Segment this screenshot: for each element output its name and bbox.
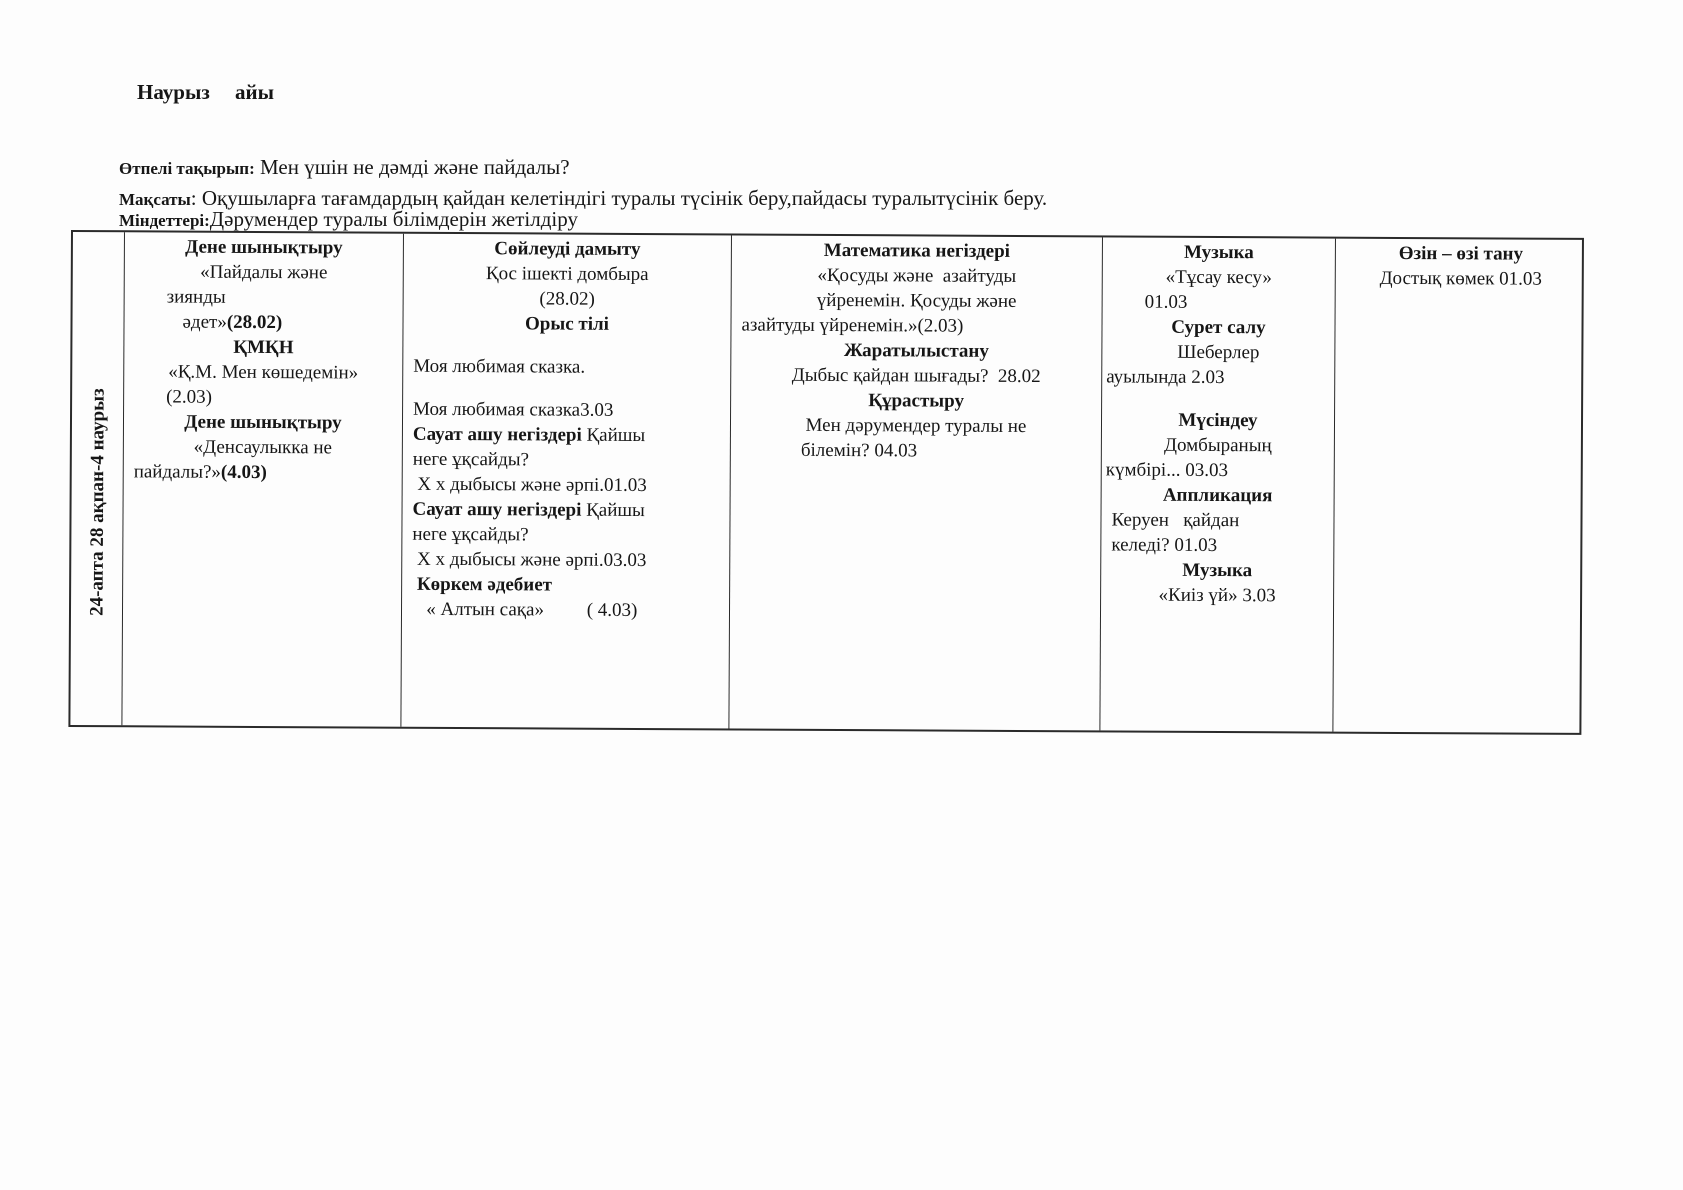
lesson-text: Х х дыбысы және әрпі.03.03 xyxy=(402,547,729,574)
line-text: ауылында 2.03 xyxy=(1106,366,1224,388)
line-text: пайдалы?» xyxy=(134,461,221,482)
line-text: Орыс тілі xyxy=(525,313,609,334)
lesson-text: пайдалы?»(4.03) xyxy=(124,459,402,485)
line-text: Х х дыбысы және әрпі.01.03 xyxy=(413,474,647,496)
line-text: Математика негіздері xyxy=(824,240,1010,262)
line-text: үйренемін. Қосуды және xyxy=(817,290,1017,312)
line-text: Достық көмек 01.03 xyxy=(1380,268,1542,290)
topic-label: Өтпелі тақырып: xyxy=(119,159,255,178)
subject-heading: Музыка xyxy=(1101,557,1333,583)
line-text: күмбірі... 03.03 xyxy=(1106,459,1228,481)
line-suffix: Қайшы xyxy=(581,500,645,521)
line-text: Моя любимая сказка3.03 xyxy=(413,399,613,421)
tasks-label: Міндеттері: xyxy=(119,211,210,230)
weekly-plan-table: 24-апта 28 ақпан-4 наурыз Дене шынықтыру… xyxy=(68,230,1584,735)
line-text: білемін? 04.03 xyxy=(801,440,917,462)
line-text: Өзін – өзі тану xyxy=(1399,243,1523,265)
subject-heading: Дене шынықтыру xyxy=(125,234,403,260)
lesson-text: «Денсаулыкка не xyxy=(124,434,402,460)
line-text: «Киіз үй» 3.03 xyxy=(1159,585,1276,607)
line-text: келеді? 01.03 xyxy=(1111,534,1217,556)
lesson-text: « Алтын сақа» ( 4.03) xyxy=(402,597,729,624)
subject-heading: Сөйлеуді дамыту xyxy=(404,236,731,263)
lesson-text: Х х дыбысы және әрпі.01.03 xyxy=(403,472,730,499)
line-text: (28.02) xyxy=(539,288,595,309)
line-text: «Тұсау кесу» xyxy=(1166,267,1272,289)
lesson-text: үйренемін. Қосуды және xyxy=(732,287,1102,314)
lesson-text: Қос ішекті домбыра xyxy=(404,261,731,288)
subject-heading: Сурет салу xyxy=(1102,314,1334,340)
line-text: Дене шынықтыру xyxy=(184,412,342,434)
line-text: әдет» xyxy=(182,312,226,333)
line-text: «Денсаулыкка не xyxy=(194,437,332,459)
line-text: Сауат ашу негіздері xyxy=(412,499,581,521)
subject-heading: Сауат ашу негіздері Қайшы xyxy=(402,497,729,524)
week-label: 24-апта 28 ақпан-4 наурыз xyxy=(84,388,110,616)
lesson-text: неге ұқсайды? xyxy=(403,447,730,474)
line-text: «Пайдалы және xyxy=(200,262,327,284)
line-text: « Алтын сақа» ( 4.03) xyxy=(412,599,637,621)
subject-heading: Сауат ашу негіздері Қайшы xyxy=(403,422,730,449)
line-text: Домбыраның xyxy=(1164,435,1272,457)
line-text: (2.03) xyxy=(166,387,212,408)
lesson-text: азайтуды үйренемін.»(2.03) xyxy=(731,312,1101,339)
lesson-text: (28.02) xyxy=(404,286,731,313)
month-title: Наурыз айы xyxy=(137,80,274,105)
subject-heading: Математика негіздері xyxy=(732,237,1102,264)
line-text: ҚМҚН xyxy=(233,337,293,358)
lesson-text: «Қ.М. Мен көшедемін» xyxy=(124,359,402,385)
line-text: азайтуды үйренемін.»(2.03) xyxy=(741,315,963,337)
lesson-text: неге ұқсайды? xyxy=(402,522,729,549)
lesson-text: Шеберлер xyxy=(1102,339,1334,365)
line-text: Сөйлеуді дамыту xyxy=(494,238,640,260)
line-text: Керуен қайдан xyxy=(1111,509,1239,531)
lesson-text: «Киіз үй» 3.03 xyxy=(1101,582,1333,608)
lesson-date: (28.02) xyxy=(227,312,283,333)
cross-cutting-topic: Өтпелі тақырып: Мен үшін не дәмді және п… xyxy=(119,154,570,182)
subject-heading: Аппликация xyxy=(1102,482,1334,508)
lesson-text: келеді? 01.03 xyxy=(1101,532,1333,558)
subject-heading: ҚМҚН xyxy=(124,334,402,360)
line-text: Музыка xyxy=(1184,242,1254,263)
subject-heading: Музыка xyxy=(1103,239,1335,265)
subject-heading: Орыс тілі xyxy=(403,311,730,338)
line-text: Мен дәрумендер туралы не xyxy=(806,415,1027,437)
cell-content: Музыка«Тұсау кесу»01.03Сурет салуШеберле… xyxy=(1101,237,1335,608)
line-text: Моя любимая сказка. xyxy=(413,356,585,378)
line-text: неге ұқсайды? xyxy=(413,449,529,471)
lesson-text: ауылында 2.03 xyxy=(1102,364,1334,390)
subject-heading: Дене шынықтыру xyxy=(124,409,402,435)
subject-column-5: Өзін – өзі тануДостық көмек 01.03 xyxy=(1332,239,1586,733)
line-suffix: Қайшы xyxy=(582,425,646,446)
lesson-text: «Тұсау кесу» xyxy=(1103,264,1335,290)
subject-heading: Жаратылыстану xyxy=(731,337,1101,364)
line-text: Шеберлер xyxy=(1177,342,1259,363)
lesson-text: Мен дәрумендер туралы не xyxy=(731,412,1101,439)
line-text: Сурет салу xyxy=(1171,317,1265,338)
line-text: Жаратылыстану xyxy=(844,340,989,362)
line-text: 01.03 xyxy=(1145,292,1188,313)
tasks-value: Дәрумендер туралы білімдерін жетілдіру xyxy=(210,207,578,231)
subject-column-3: Математика негіздері«Қосуды және азайтуд… xyxy=(728,235,1102,730)
lesson-text: Моя любимая сказка3.03 xyxy=(403,397,730,424)
lesson-text: білемін? 04.03 xyxy=(731,437,1101,464)
line-text: неге ұқсайды? xyxy=(412,524,528,546)
lesson-text: Достық көмек 01.03 xyxy=(1336,266,1586,292)
lesson-text: (2.03) xyxy=(124,384,402,410)
lesson-text: 01.03 xyxy=(1103,289,1335,315)
lesson-text: «Қосуды және азайтуды xyxy=(732,262,1102,289)
spacer xyxy=(1102,389,1334,408)
lesson-text: Домбыраның xyxy=(1102,432,1334,458)
line-text: Сауат ашу негіздері xyxy=(413,424,582,446)
cell-content: Өзін – өзі тануДостық көмек 01.03 xyxy=(1336,239,1586,292)
lesson-date: (4.03) xyxy=(221,462,267,483)
lesson-text: Дыбыс қайдан шығады? 28.02 xyxy=(731,362,1101,389)
line-text: Музыка xyxy=(1182,560,1252,581)
subject-column-1: Дене шынықтыру«Пайдалы жәнезияндыәдет»(2… xyxy=(121,232,403,726)
cell-content: Математика негіздері«Қосуды және азайтуд… xyxy=(731,235,1102,464)
line-text: Дыбыс қайдан шығады? 28.02 xyxy=(792,365,1041,387)
line-text: Мүсіндеу xyxy=(1178,410,1257,431)
lesson-text: Моя любимая сказка. xyxy=(403,354,730,381)
cell-content: Сөйлеуді дамытуҚос ішекті домбыра(28.02)… xyxy=(402,234,731,624)
lesson-text: «Пайдалы және xyxy=(125,259,403,285)
subject-heading: Құрастыру xyxy=(731,387,1101,414)
lesson-text: күмбірі... 03.03 xyxy=(1102,457,1334,483)
week-column: 24-апта 28 ақпан-4 наурыз xyxy=(70,232,124,725)
lesson-text: әдет»(28.02) xyxy=(124,309,402,335)
subject-heading: Өзін – өзі тану xyxy=(1336,241,1586,267)
lesson-text: зиянды xyxy=(125,284,403,310)
line-text: Құрастыру xyxy=(868,390,964,412)
topic-value: Мен үшін не дәмді және пайдалы? xyxy=(255,155,570,179)
spacer xyxy=(403,379,730,399)
line-text: Х х дыбысы және әрпі.03.03 xyxy=(412,549,646,571)
spacer xyxy=(403,336,730,356)
subject-column-2: Сөйлеуді дамытуҚос ішекті домбыра(28.02)… xyxy=(400,234,731,729)
line-text: «Қосуды және азайтуды xyxy=(817,265,1016,287)
subject-heading: Мүсіндеу xyxy=(1102,407,1334,433)
subject-column-4: Музыка«Тұсау кесу»01.03Сурет салуШеберле… xyxy=(1099,237,1335,731)
line-text: Қос ішекті домбыра xyxy=(486,263,649,285)
line-text: Көркем әдебиет xyxy=(412,574,552,596)
line-text: «Қ.М. Мен көшедемін» xyxy=(168,362,358,384)
lesson-text: Керуен қайдан xyxy=(1101,507,1333,533)
cell-content: Дене шынықтыру«Пайдалы жәнезияндыәдет»(2… xyxy=(124,232,403,485)
line-text: Дене шынықтыру xyxy=(185,237,343,259)
line-text: Аппликация xyxy=(1163,485,1273,507)
subject-heading: Көркем әдебиет xyxy=(402,572,729,599)
line-text: зиянды xyxy=(167,287,226,308)
